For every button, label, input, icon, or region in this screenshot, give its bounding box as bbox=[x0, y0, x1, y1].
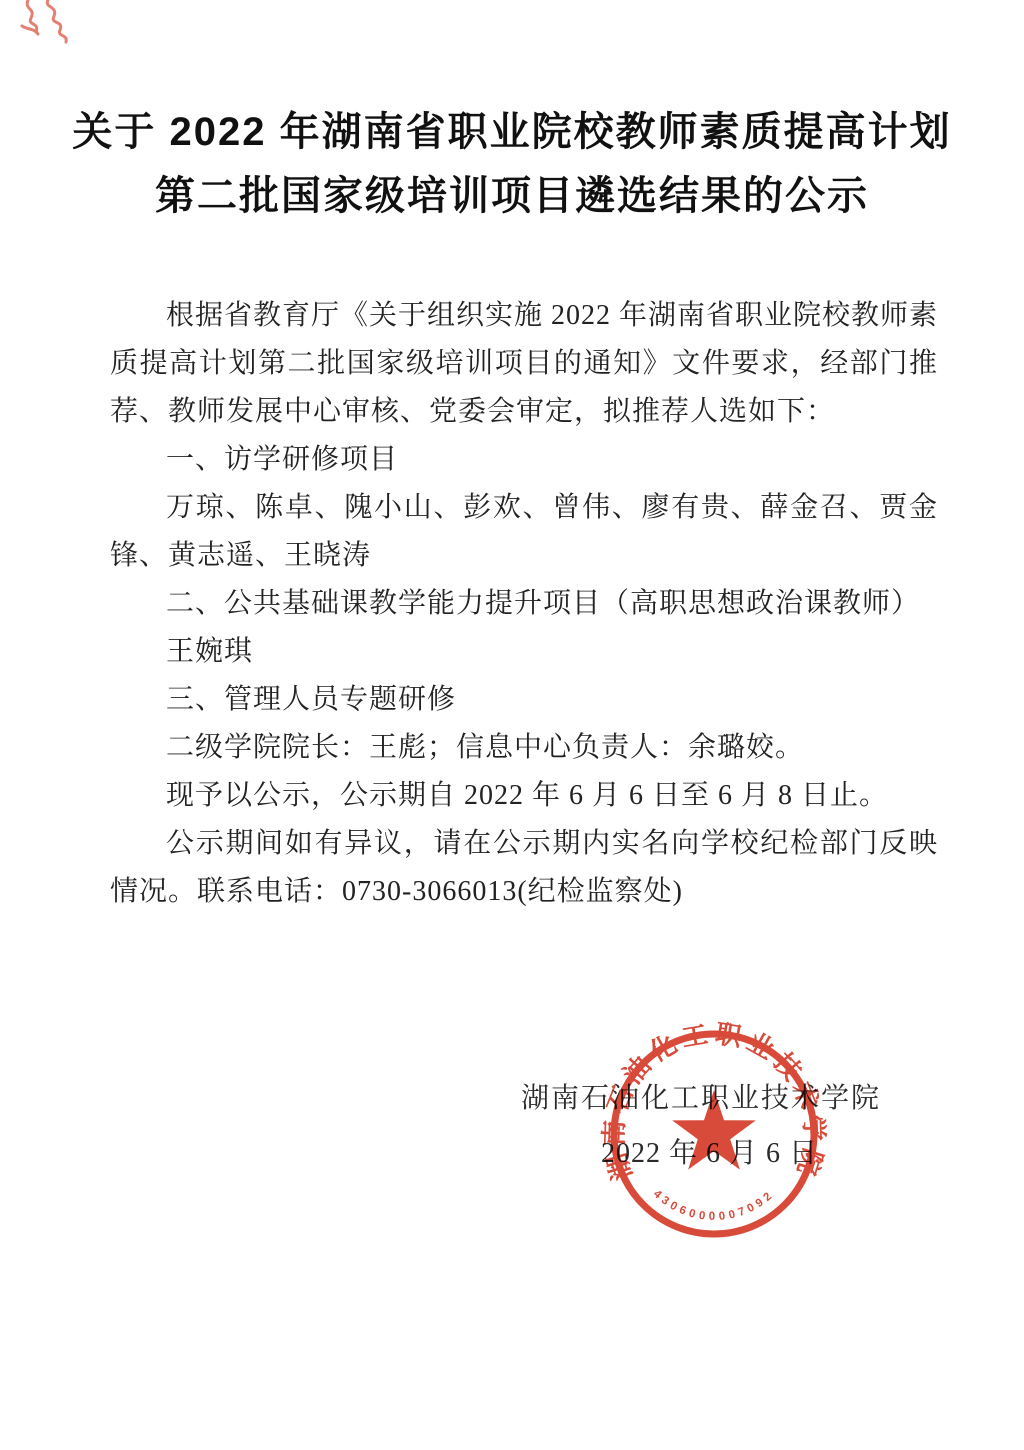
paragraph-section-1-heading: 一、访学研修项目 bbox=[110, 436, 938, 484]
paragraph-section-3-heading: 三、管理人员专题研修 bbox=[110, 676, 938, 724]
seal-serial-number: 4306000007092 bbox=[651, 1188, 777, 1223]
signature-organization: 湖南石油化工职业技术学院 bbox=[521, 1076, 881, 1116]
paragraph-intro: 根据省教育厅《关于组织实施 2022 年湖南省职业院校教师素质提高计划第二批国家… bbox=[110, 292, 938, 436]
document-title-line-2: 第二批国家级培训项目遴选结果的公示 bbox=[40, 164, 984, 228]
paragraph-section-3-names: 二级学院院长：王彪；信息中心负责人：余璐姣。 bbox=[110, 724, 938, 772]
paragraph-section-2-names: 王婉琪 bbox=[110, 628, 938, 676]
paragraph-contact: 公示期间如有异议，请在公示期内实名向学校纪检部门反映情况。联系电话：0730-3… bbox=[110, 820, 938, 916]
document-title-line-1: 关于 2022 年湖南省职业院校教师素质提高计划 bbox=[40, 100, 984, 164]
red-pen-scribble-mark bbox=[14, 0, 84, 52]
signature-date: 2022 年 6 月 6 日 bbox=[601, 1131, 818, 1171]
document-page: 关于 2022 年湖南省职业院校教师素质提高计划 第二批国家级培训项目遴选结果的… bbox=[0, 0, 1024, 1450]
document-body: 根据省教育厅《关于组织实施 2022 年湖南省职业院校教师素质提高计划第二批国家… bbox=[110, 292, 938, 916]
document-title: 关于 2022 年湖南省职业院校教师素质提高计划 第二批国家级培训项目遴选结果的… bbox=[40, 100, 984, 228]
paragraph-publicity-period: 现予以公示，公示期自 2022 年 6 月 6 日至 6 月 8 日止。 bbox=[110, 772, 938, 820]
paragraph-section-2-heading: 二、公共基础课教学能力提升项目（高职思想政治课教师） bbox=[110, 580, 938, 628]
paragraph-section-1-names: 万琼、陈卓、隗小山、彭欢、曾伟、廖有贵、薛金召、贾金锋、黄志遥、王晓涛 bbox=[110, 484, 938, 580]
